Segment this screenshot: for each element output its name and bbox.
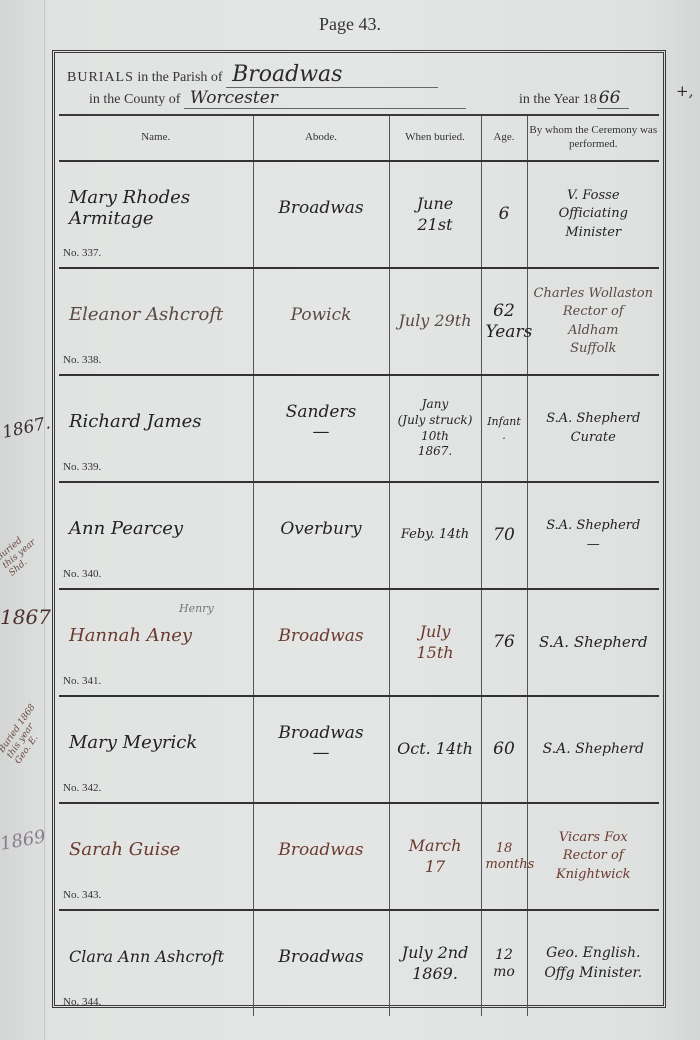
burial-date: July 2nd 1869. [394, 943, 477, 985]
burials-table: Name. Abode. When buried. Age. By whom t… [59, 116, 659, 1016]
column-header-name: Name. [59, 116, 253, 161]
abode-value: Broadwas [258, 840, 385, 860]
abode-value: Sanders — [258, 402, 385, 442]
margin-note-1867-second: 1867 [0, 605, 51, 629]
year-field: 66 [597, 88, 629, 109]
burial-date: June 21st [394, 194, 477, 236]
name-cell: Sarah Guise No. 343. [59, 803, 253, 910]
when-buried-cell: July 29th [389, 268, 481, 375]
age-value: 70 [486, 525, 523, 545]
table-row: Henry Hannah Aney No. 341. Broadwas July… [59, 589, 659, 696]
when-buried-cell: March 17 [389, 803, 481, 910]
entry-number: No. 344. [63, 996, 101, 1008]
table-row: Sarah Guise No. 343. Broadwas March 17 1… [59, 803, 659, 910]
parish-field: Broadwas [226, 62, 438, 88]
name-annotation: Henry [179, 602, 214, 615]
officiant-cell: S.A. Shepherd Curate [527, 375, 659, 482]
county-field: Worcester [184, 88, 466, 109]
register-page: Page 43. 1867. Buried this year Shd. 186… [0, 0, 700, 1040]
officiant-value: Vicars Fox Rector of Knightwick [532, 829, 656, 884]
entry-number: No. 341. [63, 675, 101, 687]
abode-value: Powick [258, 305, 385, 325]
officiant-cell: S.A. Shepherd [527, 589, 659, 696]
page-number: Page 43. [0, 14, 700, 35]
age-value: 62 Years [486, 301, 523, 342]
burial-date: Feby. 14th [394, 527, 477, 544]
officiant-value: S.A. Shepherd [532, 740, 656, 760]
entry-number: No. 339. [63, 461, 101, 473]
abode-value: Broadwas [258, 626, 385, 646]
deceased-name: Hannah Aney [63, 625, 249, 646]
age-cell: 6 [481, 161, 527, 268]
deceased-name: Eleanor Ashcroft [63, 304, 249, 325]
when-buried-cell: Jany (July struck) 10th 1867. [389, 375, 481, 482]
age-value: 18 months [486, 841, 523, 872]
age-cell: 70 [481, 482, 527, 589]
abode-cell: Overbury [253, 482, 389, 589]
name-cell: Clara Ann Ashcroft No. 344. [59, 910, 253, 1016]
name-cell: Ann Pearcey No. 340. [59, 482, 253, 589]
abode-cell: Broadwas [253, 161, 389, 268]
age-cell: 60 [481, 696, 527, 803]
entry-number: No. 343. [63, 889, 101, 901]
abode-value: Broadwas [258, 198, 385, 218]
abode-value: Broadwas [258, 947, 385, 967]
entry-number: No. 340. [63, 568, 101, 580]
entry-number: No. 337. [63, 247, 101, 259]
age-value: 6 [486, 204, 523, 224]
burial-date: July 15th [394, 622, 477, 664]
abode-cell: Powick [253, 268, 389, 375]
officiant-cell: S.A. Shepherd [527, 696, 659, 803]
register-title-box: BURIALS in the Parish of Broadwas in the… [59, 56, 659, 116]
year-line: in the Year 1866 [519, 88, 629, 109]
deceased-name: Richard James [63, 411, 249, 432]
age-value: 76 [486, 632, 523, 652]
when-buried-cell: Feby. 14th [389, 482, 481, 589]
margin-note-buried-second: Buried 1868 this year Geo. E. [0, 703, 55, 766]
age-cell: 12 mo [481, 910, 527, 1016]
officiant-value: S.A. Shepherd — [532, 517, 656, 553]
parish-line: BURIALS in the Parish of Broadwas [67, 62, 438, 88]
age-value: Infant . [486, 415, 523, 441]
deceased-name: Mary Meyrick [63, 732, 249, 753]
burial-date: Oct. 14th [394, 739, 477, 760]
burial-date: Jany (July struck) 10th 1867. [394, 397, 477, 459]
margin-note-buried: Buried this year Shd. [0, 531, 45, 579]
name-cell: Richard James No. 339. [59, 375, 253, 482]
year-label: in the Year 18 [519, 92, 597, 107]
table-row: Mary Meyrick No. 342. Broadwas — Oct. 14… [59, 696, 659, 803]
officiant-cell: S.A. Shepherd — [527, 482, 659, 589]
name-cell: Eleanor Ashcroft No. 338. [59, 268, 253, 375]
county-label: in the County of [89, 92, 180, 107]
name-cell: Mary Rhodes Armitage No. 337. [59, 161, 253, 268]
when-buried-cell: July 15th [389, 589, 481, 696]
abode-cell: Broadwas [253, 803, 389, 910]
abode-value: Broadwas — [258, 723, 385, 763]
age-cell: 76 [481, 589, 527, 696]
margin-note-right-mark: +, [676, 82, 693, 100]
page-edge-line [44, 0, 45, 1040]
officiant-value: S.A. Shepherd [532, 632, 656, 653]
column-header-age: Age. [481, 116, 527, 161]
burial-date: March 17 [394, 836, 477, 878]
entry-number: No. 342. [63, 782, 101, 794]
age-value: 12 mo [486, 947, 523, 981]
burial-register-form: BURIALS in the Parish of Broadwas in the… [52, 50, 666, 1008]
table-row: Clara Ann Ashcroft No. 344. Broadwas Jul… [59, 910, 659, 1016]
name-cell: Mary Meyrick No. 342. [59, 696, 253, 803]
burial-date: July 29th [394, 311, 477, 332]
table-header-row: Name. Abode. When buried. Age. By whom t… [59, 116, 659, 161]
column-header-by-whom: By whom the Ceremony was performed. [527, 116, 659, 161]
abode-cell: Broadwas — [253, 696, 389, 803]
when-buried-cell: Oct. 14th [389, 696, 481, 803]
column-header-when-buried: When buried. [389, 116, 481, 161]
officiant-value: S.A. Shepherd Curate [532, 410, 656, 446]
county-line: in the County of Worcester [89, 88, 466, 109]
parish-label: in the Parish of [137, 70, 222, 85]
when-buried-cell: July 2nd 1869. [389, 910, 481, 1016]
abode-cell: Broadwas [253, 589, 389, 696]
deceased-name: Clara Ann Ashcroft [63, 947, 249, 966]
age-cell: 18 months [481, 803, 527, 910]
deceased-name: Sarah Guise [63, 839, 249, 860]
age-cell: Infant . [481, 375, 527, 482]
officiant-value: Geo. English. Offg Minister. [532, 944, 656, 983]
deceased-name: Ann Pearcey [63, 518, 249, 539]
abode-cell: Broadwas [253, 910, 389, 1016]
margin-note-1869: 1869 [0, 826, 47, 855]
when-buried-cell: June 21st [389, 161, 481, 268]
deceased-name: Mary Rhodes Armitage [63, 187, 249, 229]
abode-value: Overbury [258, 519, 385, 539]
officiant-value: V. Fosse Officiating Minister [532, 187, 656, 242]
officiant-cell: Vicars Fox Rector of Knightwick [527, 803, 659, 910]
officiant-cell: Charles Wollaston Rector of Aldham Suffo… [527, 268, 659, 375]
abode-cell: Sanders — [253, 375, 389, 482]
officiant-value: Charles Wollaston Rector of Aldham Suffo… [532, 285, 656, 358]
age-cell: 62 Years [481, 268, 527, 375]
name-cell: Henry Hannah Aney No. 341. [59, 589, 253, 696]
table-row: Eleanor Ashcroft No. 338. Powick July 29… [59, 268, 659, 375]
table-row: Ann Pearcey No. 340. Overbury Feby. 14th… [59, 482, 659, 589]
officiant-cell: V. Fosse Officiating Minister [527, 161, 659, 268]
entry-number: No. 338. [63, 354, 101, 366]
table-row: Mary Rhodes Armitage No. 337. Broadwas J… [59, 161, 659, 268]
burials-heading: BURIALS [67, 70, 134, 85]
age-value: 60 [486, 739, 523, 759]
officiant-cell: Geo. English. Offg Minister. [527, 910, 659, 1016]
column-header-abode: Abode. [253, 116, 389, 161]
table-row: Richard James No. 339. Sanders — Jany (J… [59, 375, 659, 482]
